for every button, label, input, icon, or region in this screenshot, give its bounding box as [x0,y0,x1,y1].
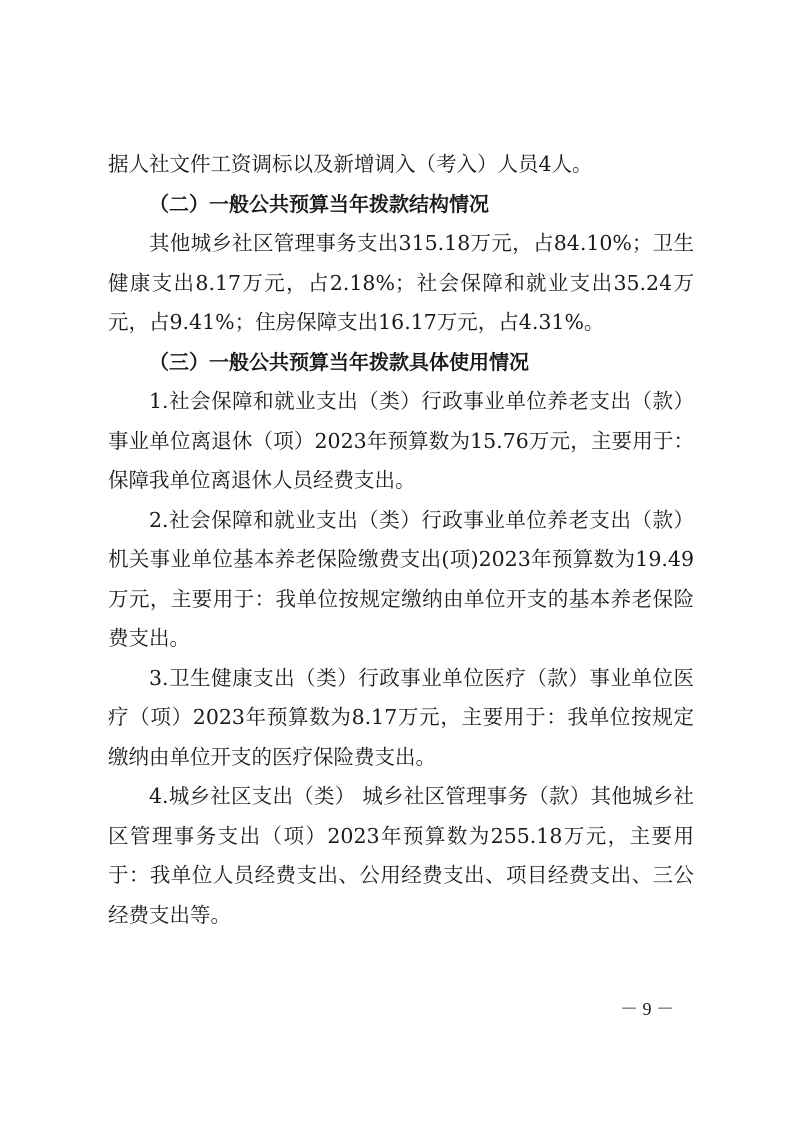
section-heading-2: （二）一般公共预算当年拨款结构情况 [108,185,694,225]
document-body: 据人社文件工资调标以及新增调入（考入）人员4人。 （二）一般公共预算当年拨款结构… [108,145,694,935]
paragraph-item-3: 3.卫生健康支出（类）行政事业单位医疗（款）事业单位医疗（项）2023年预算数为… [108,659,694,778]
page-number: － 9 － [620,995,700,1021]
section-heading-3: （三）一般公共预算当年拨款具体使用情况 [108,343,694,383]
paragraph-item-1: 1.社会保障和就业支出（类）行政事业单位养老支出（款）事业单位离退休（项）202… [108,382,694,501]
paragraph-item-2: 2.社会保障和就业支出（类）行政事业单位养老支出（款）机关事业单位基本养老保险缴… [108,501,694,659]
paragraph-item-4: 4.城乡社区支出（类） 城乡社区管理事务（款）其他城乡社区管理事务支出（项）20… [108,777,694,935]
paragraph-continuation: 据人社文件工资调标以及新增调入（考入）人员4人。 [108,145,694,185]
paragraph-structure: 其他城乡社区管理事务支出315.18万元，占84.10%；卫生健康支出8.17万… [108,224,694,343]
